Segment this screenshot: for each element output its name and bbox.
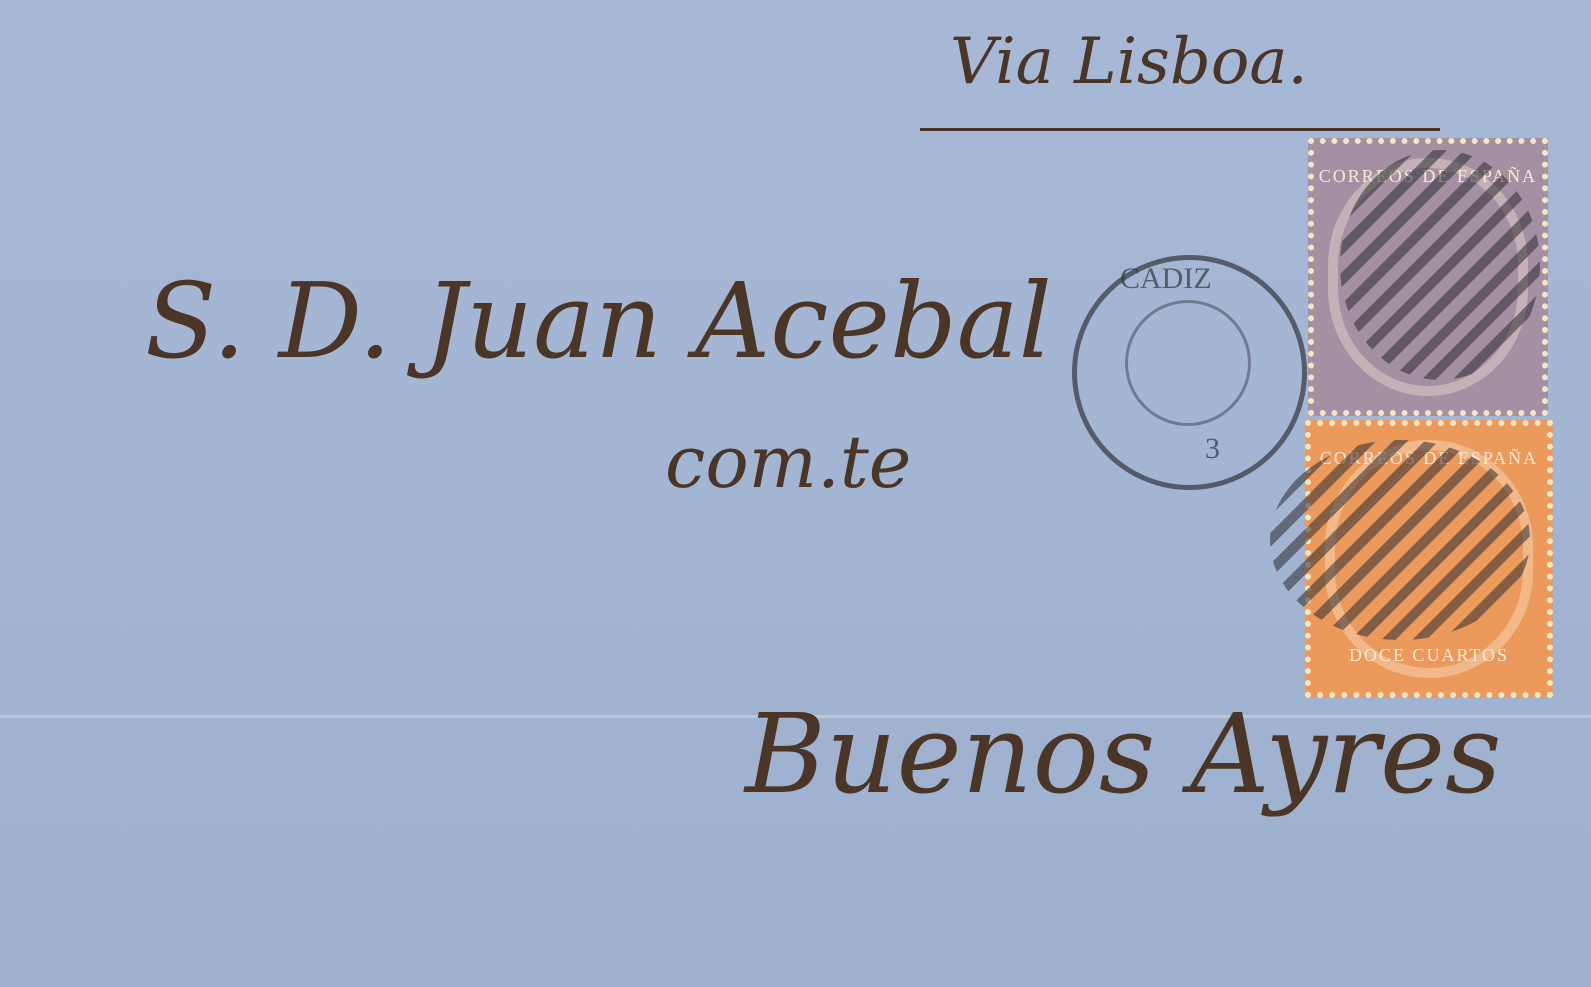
postmark-inner-circle: [1125, 300, 1251, 426]
postmark-number: 3: [1205, 432, 1220, 466]
routing-underline: [920, 128, 1440, 131]
envelope: Via Lisboa. S. D. Juan Acebal com.te Bue…: [0, 0, 1591, 987]
postmark-town: CADIZ: [1120, 262, 1212, 296]
routing-note: Via Lisboa.: [950, 25, 1308, 99]
stamp-orange-value: DOCE CUARTOS: [1311, 645, 1547, 666]
addressee-title: com.te: [665, 420, 911, 504]
destination: Buenos Ayres: [745, 690, 1502, 818]
addressee-line: S. D. Juan Acebal: [145, 260, 1052, 382]
cancel-bars-top: [1340, 150, 1540, 380]
cancel-bars-bottom: [1270, 440, 1530, 640]
